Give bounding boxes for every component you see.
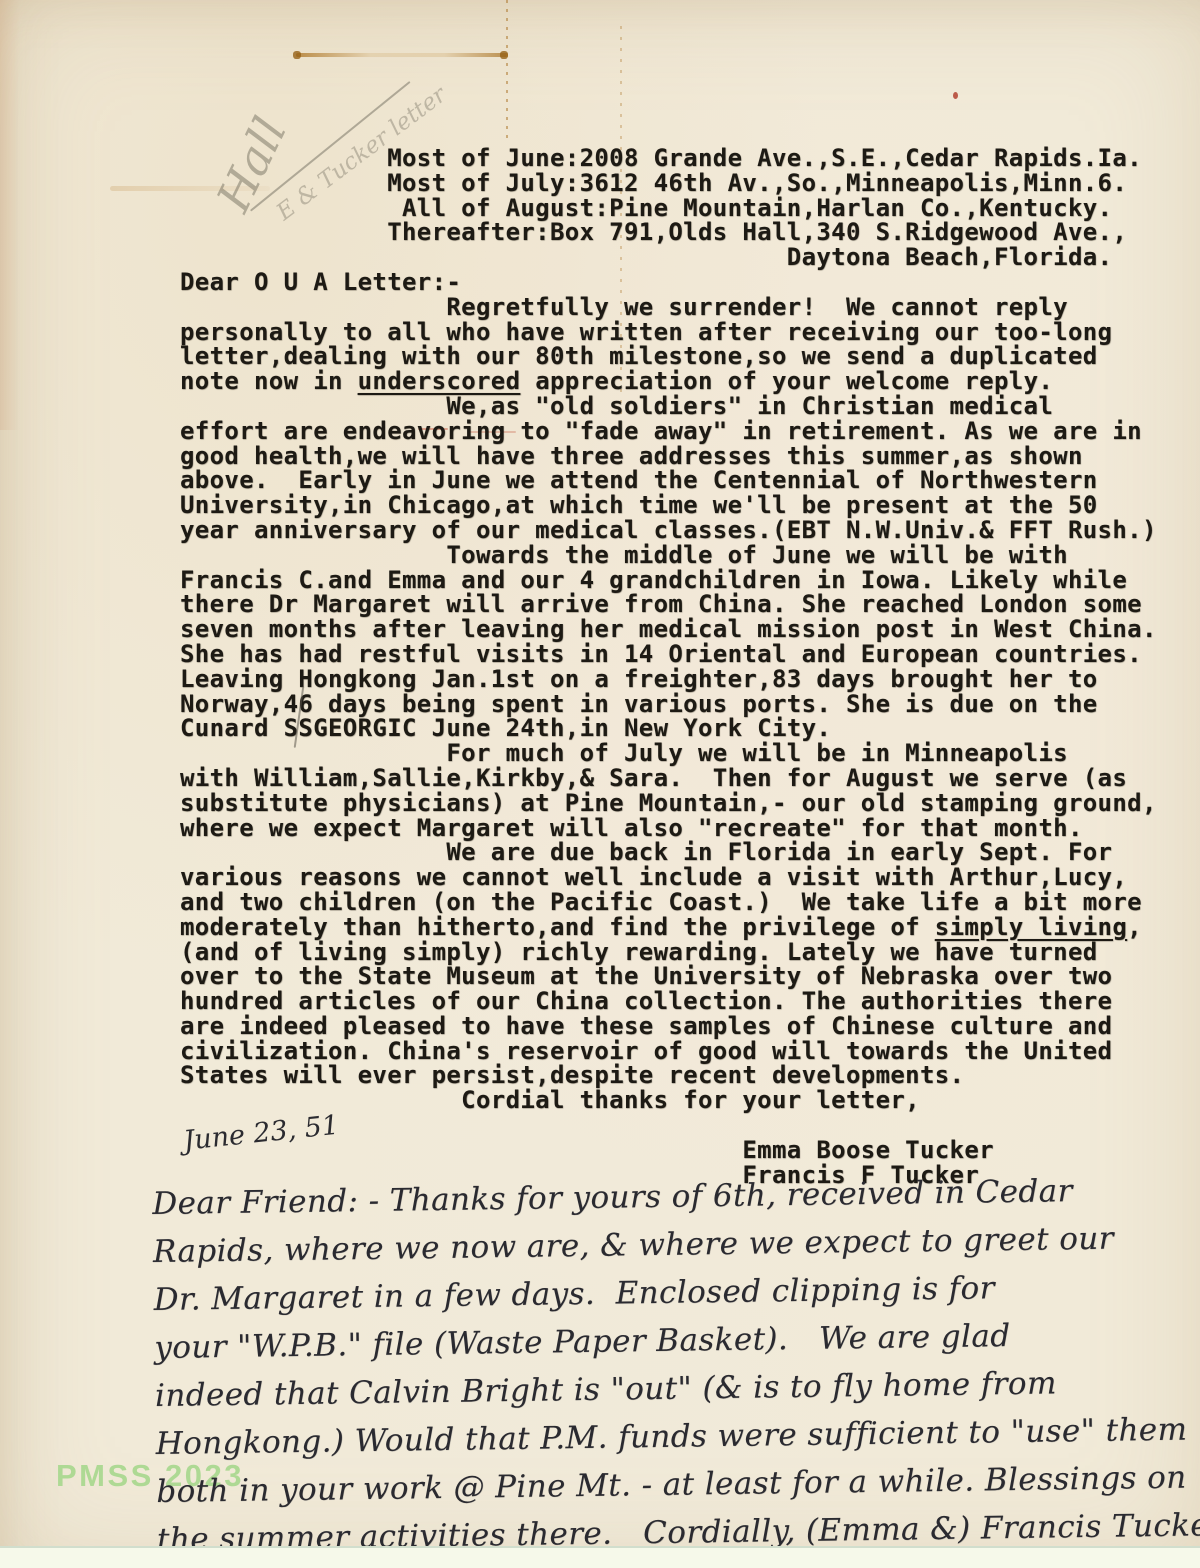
text-line: over to the State Museum at the Universi… — [180, 964, 1157, 989]
text-line: there Dr Margaret will arrive from China… — [180, 592, 1157, 617]
text-line: personally to all who have written after… — [180, 320, 1157, 345]
text-line: and two children (on the Pacific Coast.)… — [180, 890, 1157, 915]
text-line: good health,we will have three addresses… — [180, 444, 1157, 469]
text-line: (and of living simply) richly rewarding.… — [180, 940, 1157, 965]
rust-stain-line — [296, 53, 508, 57]
salutation: Dear O U A Letter:- — [180, 270, 1157, 295]
text-line: All of August:Pine Mountain,Harlan Co.,K… — [180, 196, 1157, 221]
rust-stain-dot — [293, 51, 301, 59]
scanner-edge-strip — [0, 1546, 1200, 1568]
text-line: effort are endeavoring to "fade away" in… — [180, 419, 1157, 444]
text-line: Most of July:3612 46th Av.,So.,Minneapol… — [180, 171, 1157, 196]
text-line: year anniversary of our medical classes.… — [180, 518, 1157, 543]
text-line: Most of June:2008 Grande Ave.,S.E.,Cedar… — [180, 146, 1157, 171]
text-line: with William,Sallie,Kirkby,& Sara. Then … — [180, 766, 1157, 791]
left-edge-stain — [0, 0, 20, 430]
text-line: hundred articles of our China collection… — [180, 989, 1157, 1014]
text-line: above. Early in June we attend the Cente… — [180, 468, 1157, 493]
typed-letter: Most of June:2008 Grande Ave.,S.E.,Cedar… — [180, 146, 1157, 1187]
text-line: Daytona Beach,Florida. — [180, 245, 1157, 270]
text-line: moderately than hitherto,and find the pr… — [180, 915, 1157, 940]
text-line: Francis C.and Emma and our 4 grandchildr… — [180, 568, 1157, 593]
text-line: Leaving Hongkong Jan.1st on a freighter,… — [180, 667, 1157, 692]
letter-body: Regretfully we surrender! We cannot repl… — [180, 295, 1157, 1113]
text-line: We,as "old soldiers" in Christian medica… — [180, 394, 1157, 419]
text-line: Thereafter:Box 791,Olds Hall,340 S.Ridge… — [180, 220, 1157, 245]
text-line: Regretfully we surrender! We cannot repl… — [180, 295, 1157, 320]
handwritten-postscript: Dear Friend: - Thanks for yours of 6th, … — [152, 1165, 1200, 1564]
text-line: Cunard SSGEORGIC June 24th,in New York C… — [180, 716, 1157, 741]
scanned-letter-page: Hall E & Tucker letter PMSS 2023 Most of… — [0, 0, 1200, 1568]
text-line: are indeed pleased to have these samples… — [180, 1014, 1157, 1039]
red-speck — [953, 92, 958, 99]
text-line: She has had restful visits in 14 Orienta… — [180, 642, 1157, 667]
text-line: For much of July we will be in Minneapol… — [180, 741, 1157, 766]
text-line: letter,dealing with our 80th milestone,s… — [180, 344, 1157, 369]
text-line: substitute physicians) at Pine Mountain,… — [180, 791, 1157, 816]
address-block: Most of June:2008 Grande Ave.,S.E.,Cedar… — [180, 146, 1157, 270]
text-line: University,in Chicago,at which time we'l… — [180, 493, 1157, 518]
text-line: States will ever persist,despite recent … — [180, 1063, 1157, 1088]
text-line: We are due back in Florida in early Sept… — [180, 840, 1157, 865]
text-line: note now in underscored appreciation of … — [180, 369, 1157, 394]
text-line: Towards the middle of June we will be wi… — [180, 543, 1157, 568]
text-line: Norway,46 days being spent in various po… — [180, 692, 1157, 717]
text-line: civilization. China's reservoir of good … — [180, 1039, 1157, 1064]
text-line: seven months after leaving her medical m… — [180, 617, 1157, 642]
text-line: various reasons we cannot well include a… — [180, 865, 1157, 890]
rust-dotted-line — [506, 0, 508, 138]
text-line: where we expect Margaret will also "recr… — [180, 816, 1157, 841]
text-line: Cordial thanks for your letter, — [180, 1088, 1157, 1113]
